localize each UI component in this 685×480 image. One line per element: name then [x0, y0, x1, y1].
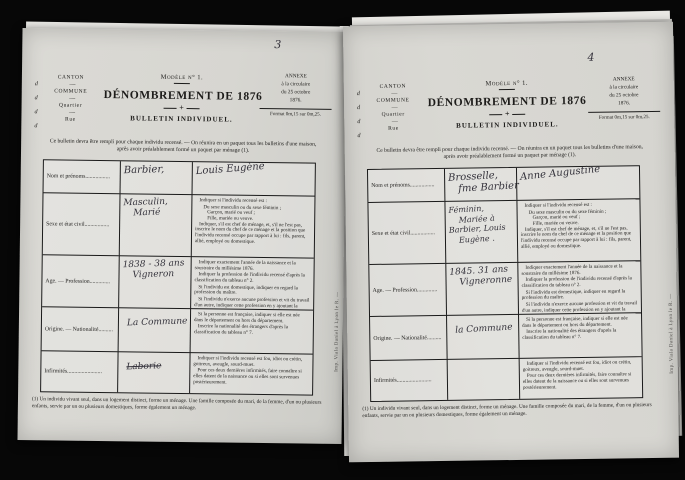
format-note: Format 0m,15 sur 0m,25.	[259, 111, 331, 119]
field-note-sexe: Indiquer si l'individu recensé est : Du …	[516, 198, 640, 262]
printer-imprint: Imp. Viala Daniel à Lyon le R. —	[668, 234, 675, 374]
cross-ornament: +	[426, 109, 588, 119]
divider	[588, 111, 660, 113]
field-note-infirmites: Indiquer si l'individu recensé est fou, …	[519, 356, 643, 399]
commune-field: COMMUNE d—	[357, 97, 429, 111]
divider	[260, 108, 332, 110]
annex-note: ANNEXE à la circulaire du 25 octobre 187…	[588, 76, 661, 122]
field-label-age: Age. — Profession..............	[369, 263, 446, 316]
model-number: Modèle n° 1.	[426, 79, 588, 88]
location-fields: CANTON d— COMMUNE d— Quartier d— Rue d	[357, 83, 430, 140]
blank-line: —	[360, 118, 429, 125]
filling-instruction: Ce bulletin devra être rempli pour chaqu…	[29, 138, 337, 156]
form-header: Modèle n° 1. DÉNOMBREMENT DE 1876 + BULL…	[426, 79, 589, 130]
field-note-age: Indiquer exactement l'année de la naissa…	[517, 260, 641, 314]
field-entry-sexe: Masculin, Marié	[119, 193, 192, 256]
field-table: Nom et prénoms................. Brossell…	[367, 165, 643, 402]
field-entry-origine: la Commune	[446, 314, 519, 359]
divider	[499, 89, 515, 90]
de-prefix: d	[34, 123, 37, 129]
field-entry-age: 1845. 31 ans Vigneronne	[445, 262, 518, 315]
rue-field: Rue d	[357, 125, 429, 139]
blank-line: —	[360, 90, 429, 97]
field-entry-infirmites	[447, 358, 520, 400]
annex-line: 1876.	[260, 97, 332, 106]
divider	[174, 83, 190, 84]
blank-line: —	[38, 95, 107, 102]
location-fields: CANTON d— COMMUNE d— Quartier d— Rue d	[34, 74, 107, 131]
blank-line	[360, 135, 429, 136]
quartier-field: Quartier d—	[34, 102, 106, 116]
field-label-infirmites: Infirmités........................	[41, 350, 117, 392]
commune-field: COMMUNE d—	[35, 88, 107, 102]
field-label-origine: Origine. — Nationalité..........	[42, 306, 119, 351]
handwritten-page-number: 4	[587, 51, 594, 64]
field-label-infirmites: Infirmités........................	[371, 359, 448, 401]
field-entry-nom: Barbier,	[120, 161, 192, 194]
field-entry-origine: La Commune	[118, 307, 191, 352]
census-bulletin-page-3: 3 CANTON d— COMMUNE d— Quartier d— Rue d	[17, 28, 346, 444]
de-prefix: d	[357, 133, 360, 139]
field-entry-sexe: Féminin, Mariée à Barbier, Louis Eugène …	[444, 200, 517, 263]
field-entry-prenoms: Anne Augustine	[516, 166, 639, 200]
blank-line: —	[360, 104, 429, 111]
field-entry-age: 1838 - 38 ans Vigneron	[118, 255, 191, 308]
bulletin-form: CANTON d— COMMUNE d— Quartier d— Rue d M…	[343, 34, 673, 39]
form-header: Modèle n° 1. DÉNOMBREMENT DE 1876 + BULL…	[103, 73, 260, 124]
field-note-infirmites: Indiquer si l'individu recensé est fou, …	[189, 352, 312, 394]
field-entry-prenoms: Louis Eugène	[192, 162, 315, 196]
handwritten-page-number: 3	[274, 38, 281, 51]
format-note: Format 0m,15 sur 0m,25.	[588, 114, 660, 123]
field-note-origine: Si la personne est française, indiquer s…	[518, 312, 642, 358]
annex-line: 1876.	[588, 100, 660, 109]
form-subtitle: BULLETIN INDIVIDUEL.	[103, 114, 259, 124]
field-note-age: Indiquer exactement l'année de la naissa…	[190, 256, 314, 309]
form-title: DÉNOMBREMENT DE 1876	[426, 95, 588, 109]
quartier-field: Quartier d—	[357, 111, 429, 125]
field-note-origine: Si la personne est française, indiquer s…	[190, 308, 314, 353]
footnote: (1) Un individu vivant seul, dans un log…	[362, 402, 662, 420]
field-entry-infirmites: Laborie	[117, 351, 189, 393]
field-label-nom: Nom et prénoms.................	[44, 160, 120, 193]
filling-instruction: Ce bulletin devra être rempli pour chaqu…	[353, 144, 667, 163]
field-note-sexe: Indiquer si l'individu recensé est : Du …	[191, 194, 315, 257]
blank-line: —	[37, 109, 106, 116]
field-label-age: Age. — Profession..............	[42, 254, 119, 307]
cross-ornament: +	[104, 103, 260, 113]
field-label-sexe: Sexe et état civil.................	[43, 192, 120, 255]
field-table: Nom et prénoms................. Barbier,…	[40, 159, 316, 395]
field-label-nom: Nom et prénoms.................	[368, 169, 444, 202]
footnote: (1) Un individu vivant seul, dans un log…	[32, 396, 326, 413]
census-bulletin-page-4: 4 CANTON d— COMMUNE d— Quartier d— Rue d	[343, 22, 679, 463]
form-subtitle: BULLETIN INDIVIDUEL.	[426, 120, 588, 130]
field-entry-nom: Brosselle, fme Barbier	[444, 168, 516, 201]
book-scan: 3 CANTON d— COMMUNE d— Quartier d— Rue d	[0, 0, 685, 480]
blank-line: —	[38, 81, 107, 88]
printer-imprint: Imp. Viala Daniel à Lyon le R. —	[334, 232, 341, 372]
form-title: DÉNOMBREMENT DE 1876	[104, 89, 260, 103]
rue-field: Rue d	[34, 116, 106, 130]
field-label-origine: Origine. — Nationalité..........	[370, 315, 447, 360]
canton-field: CANTON d—	[357, 83, 429, 97]
blank-line	[37, 126, 106, 127]
annex-note: ANNEXE à la circulaire du 25 octobre 187…	[259, 73, 332, 119]
field-label-sexe: Sexe et état civil.................	[368, 201, 445, 264]
canton-field: CANTON d—	[35, 74, 107, 88]
model-number: Modèle n° 1.	[104, 73, 260, 82]
